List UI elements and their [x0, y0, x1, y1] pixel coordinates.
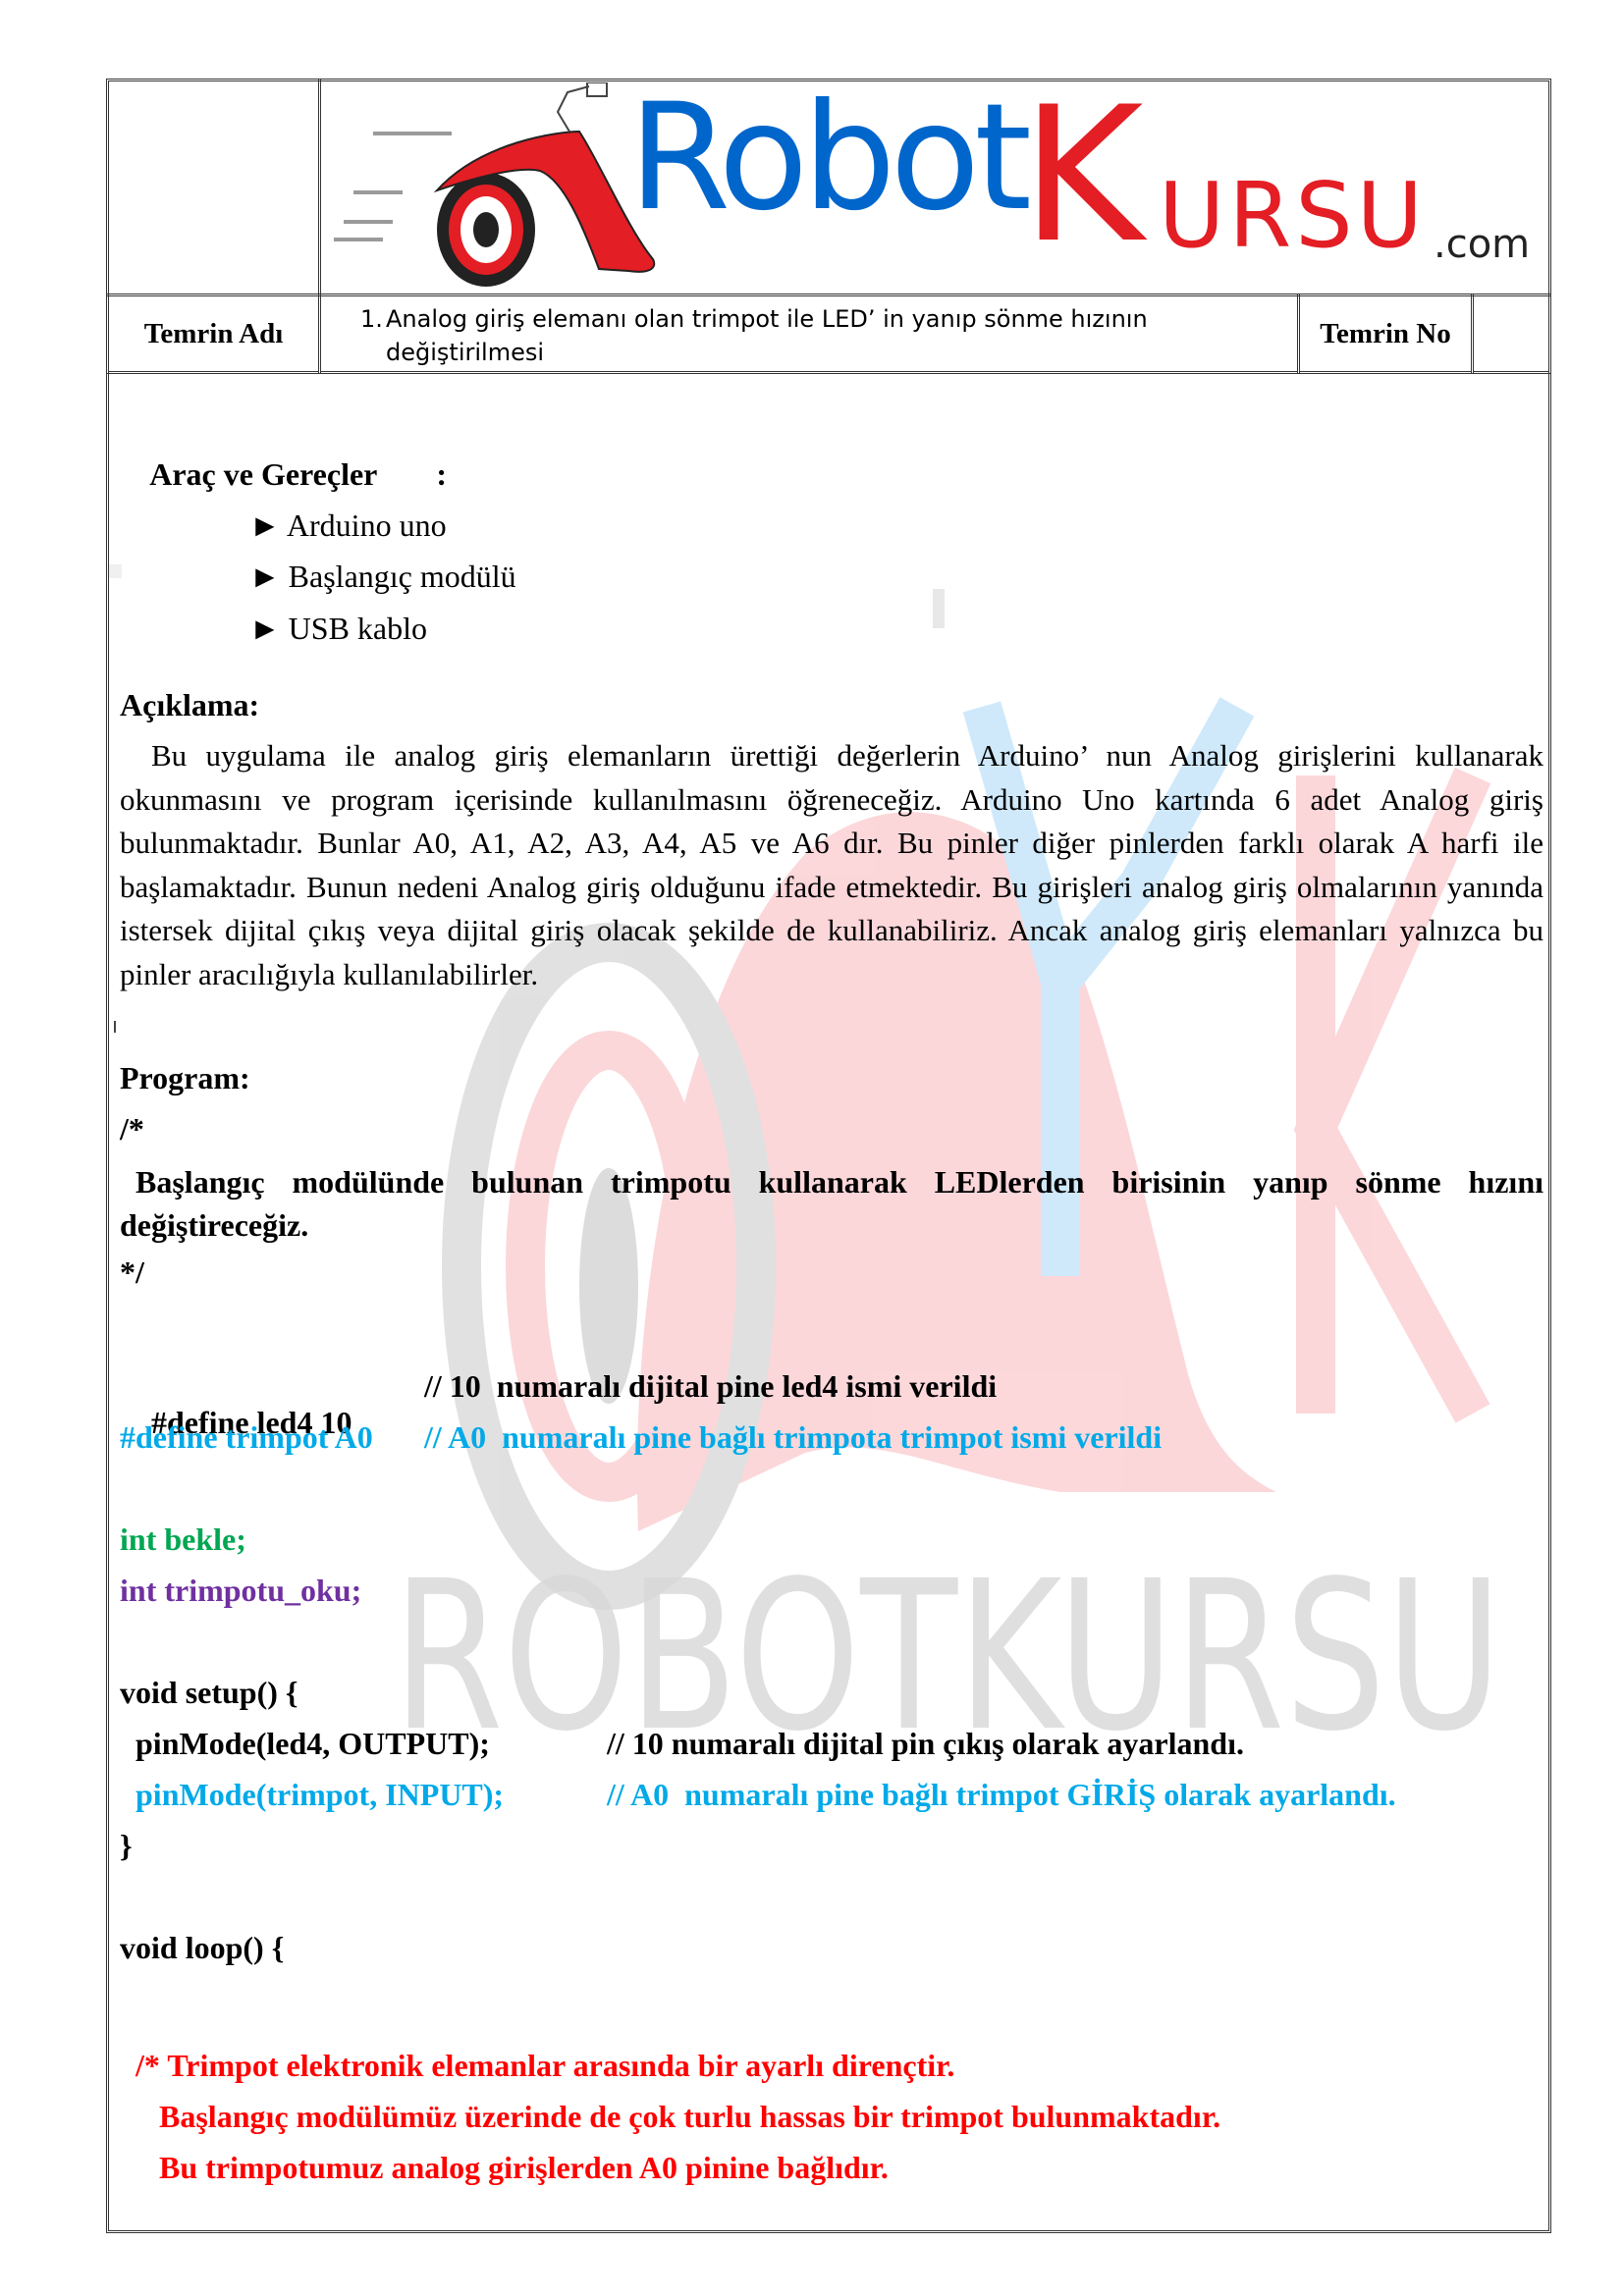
- program-comment: Başlangıç modülünde bulunan trimpotu kul…: [120, 1160, 1543, 1247]
- logo-ursu-text: URSU: [1159, 163, 1427, 268]
- define-trimpot-line: #define trimpot A0: [120, 1419, 373, 1456]
- logo-robot-text: Robot: [628, 73, 1026, 243]
- exercise-no-label: Temrin No: [1297, 294, 1474, 374]
- comment-open: /*: [120, 1111, 144, 1148]
- bullet-arrow-icon: ►: [249, 611, 281, 646]
- program-heading: Program:: [120, 1060, 250, 1096]
- loop-comment-line: Başlangıç modülümüz üzerinde de çok turl…: [159, 2099, 1220, 2135]
- tools-item: ► USB kablo: [218, 574, 427, 683]
- page-frame: [106, 79, 1551, 2233]
- exercise-title-text: Analog giriş elemanı olan trimpot ile LE…: [386, 305, 1148, 366]
- logo-com-text: .com: [1434, 222, 1530, 267]
- exercise-title: 1. Analog giriş elemanı olan trimpot ile…: [318, 294, 1300, 374]
- description-heading: Açıklama:: [120, 687, 259, 723]
- exercise-number: 1.: [360, 302, 383, 336]
- setup-close: }: [120, 1828, 133, 1864]
- setup-line-1: pinMode(led4, OUTPUT);: [135, 1726, 490, 1762]
- var-bekle: int bekle;: [120, 1522, 246, 1558]
- description-paragraph: Bu uygulama ile analog giriş elemanların…: [120, 734, 1543, 996]
- loop-open: void loop() {: [120, 1930, 284, 1966]
- setup-open: void setup() {: [120, 1675, 298, 1711]
- setup-line-2-comment: // A0 numaralı pine bağlı trimpot GİRİŞ …: [607, 1777, 1396, 1813]
- setup-line-1-comment: // 10 numaralı dijital pin çıkış olarak …: [607, 1726, 1244, 1762]
- header-empty-cell: [106, 79, 321, 296]
- comment-close: */: [120, 1255, 144, 1291]
- var-trimpotu-oku: int trimpotu_oku;: [120, 1573, 361, 1609]
- setup-line-2: pinMode(trimpot, INPUT);: [135, 1777, 504, 1813]
- exercise-no-value: [1471, 294, 1551, 374]
- define-led-comment: // 10 numaralı dijital pine led4 ismi ve…: [424, 1368, 997, 1405]
- loop-comment-line: Bu trimpotumuz analog girişlerden A0 pin…: [159, 2150, 889, 2186]
- define-trimpot-comment: // A0 numaralı pine bağlı trimpota trimp…: [424, 1419, 1162, 1456]
- robotkursu-logo: Robot K URSU .com: [334, 82, 1542, 291]
- text-cursor-mark: [114, 1021, 116, 1033]
- loop-comment-line: /* Trimpot elektronik elemanlar arasında…: [135, 2048, 954, 2084]
- logo-k-text: K: [1021, 67, 1144, 284]
- exercise-name-label: Temrin Adı: [106, 294, 321, 374]
